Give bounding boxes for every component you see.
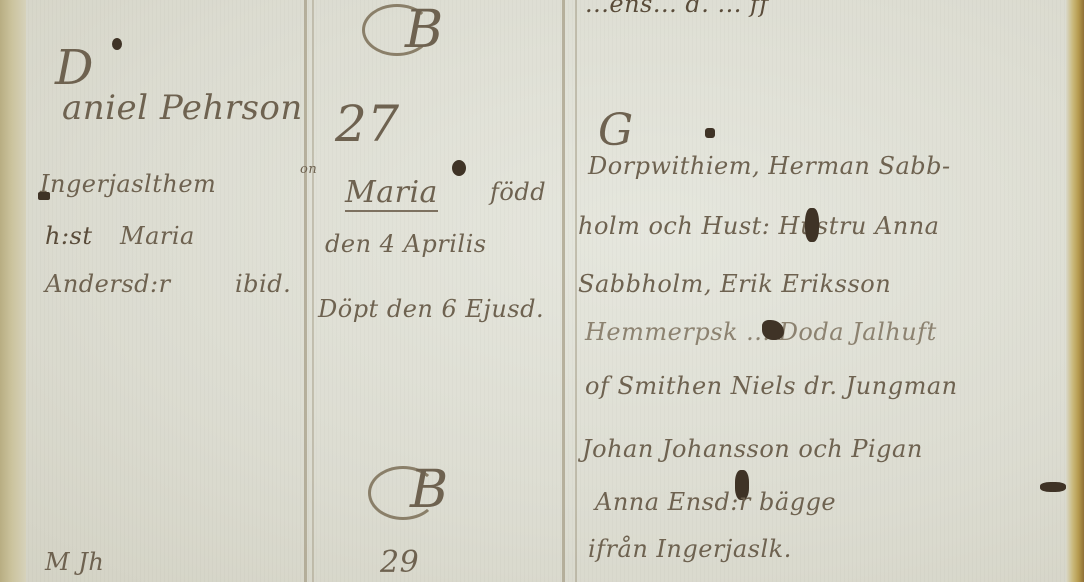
baptism-marker-2: B — [410, 460, 449, 520]
witness-line-1: Dorpwithiem, Herman Sabb- — [588, 152, 951, 180]
column-rule-1 — [304, 0, 307, 582]
witness-line-5: of Smithen Niels dr. Jungman — [585, 372, 958, 400]
page-binding-edge — [0, 0, 26, 582]
witness-line-7: Anna Ensd:r bägge — [595, 488, 836, 516]
wife-surname: Andersd:r — [45, 270, 171, 298]
child-name: Maria — [345, 175, 438, 212]
top-fragment-text: ...ens... d. ... ff — [585, 0, 769, 18]
witness-line-3: Sabbholm, Erik Eriksson — [578, 270, 891, 298]
ink-blot — [452, 160, 466, 176]
ink-mark — [38, 192, 50, 200]
wife-name: Maria — [120, 222, 195, 250]
ink-blot — [805, 208, 819, 242]
witness-line-6: Johan Johansson och Pigan — [582, 435, 923, 463]
page-outer-edge — [1066, 0, 1084, 582]
witness-line-8: ifrån Ingerjaslk. — [588, 535, 792, 563]
ink-blot — [112, 38, 122, 50]
column-rule-1b — [312, 0, 314, 582]
witness-line-4: Hemmerpsk ... Doda Jalhuft — [585, 318, 937, 346]
wife-prefix: h:st — [45, 222, 93, 250]
born-detail-1: den 4 Aprilis — [325, 230, 487, 258]
column-rule-2 — [562, 0, 565, 582]
ink-blot — [1040, 482, 1066, 492]
father-name: aniel Pehrson — [62, 88, 303, 128]
witness-initial: G — [598, 105, 634, 156]
column-rule-2b — [575, 0, 577, 582]
entry-2-partial-name: M Jh — [45, 548, 104, 576]
residence-superscript: on — [300, 162, 317, 177]
entry-2-day: 29 — [380, 545, 419, 580]
residence: Ingerjaslthem — [40, 170, 216, 198]
baptism-marker: B — [405, 0, 444, 60]
born-label: född — [490, 178, 546, 206]
baptism-day: 27 — [335, 95, 400, 153]
born-detail-2: Döpt den 6 Ejusd. — [318, 295, 544, 323]
ibid: ibid. — [235, 270, 291, 298]
ink-blot — [705, 128, 715, 138]
register-page: ...ens... d. ... ff B D aniel Pehrson In… — [0, 0, 1084, 582]
witness-line-2: holm och Hust: Hustru Anna — [578, 212, 939, 240]
